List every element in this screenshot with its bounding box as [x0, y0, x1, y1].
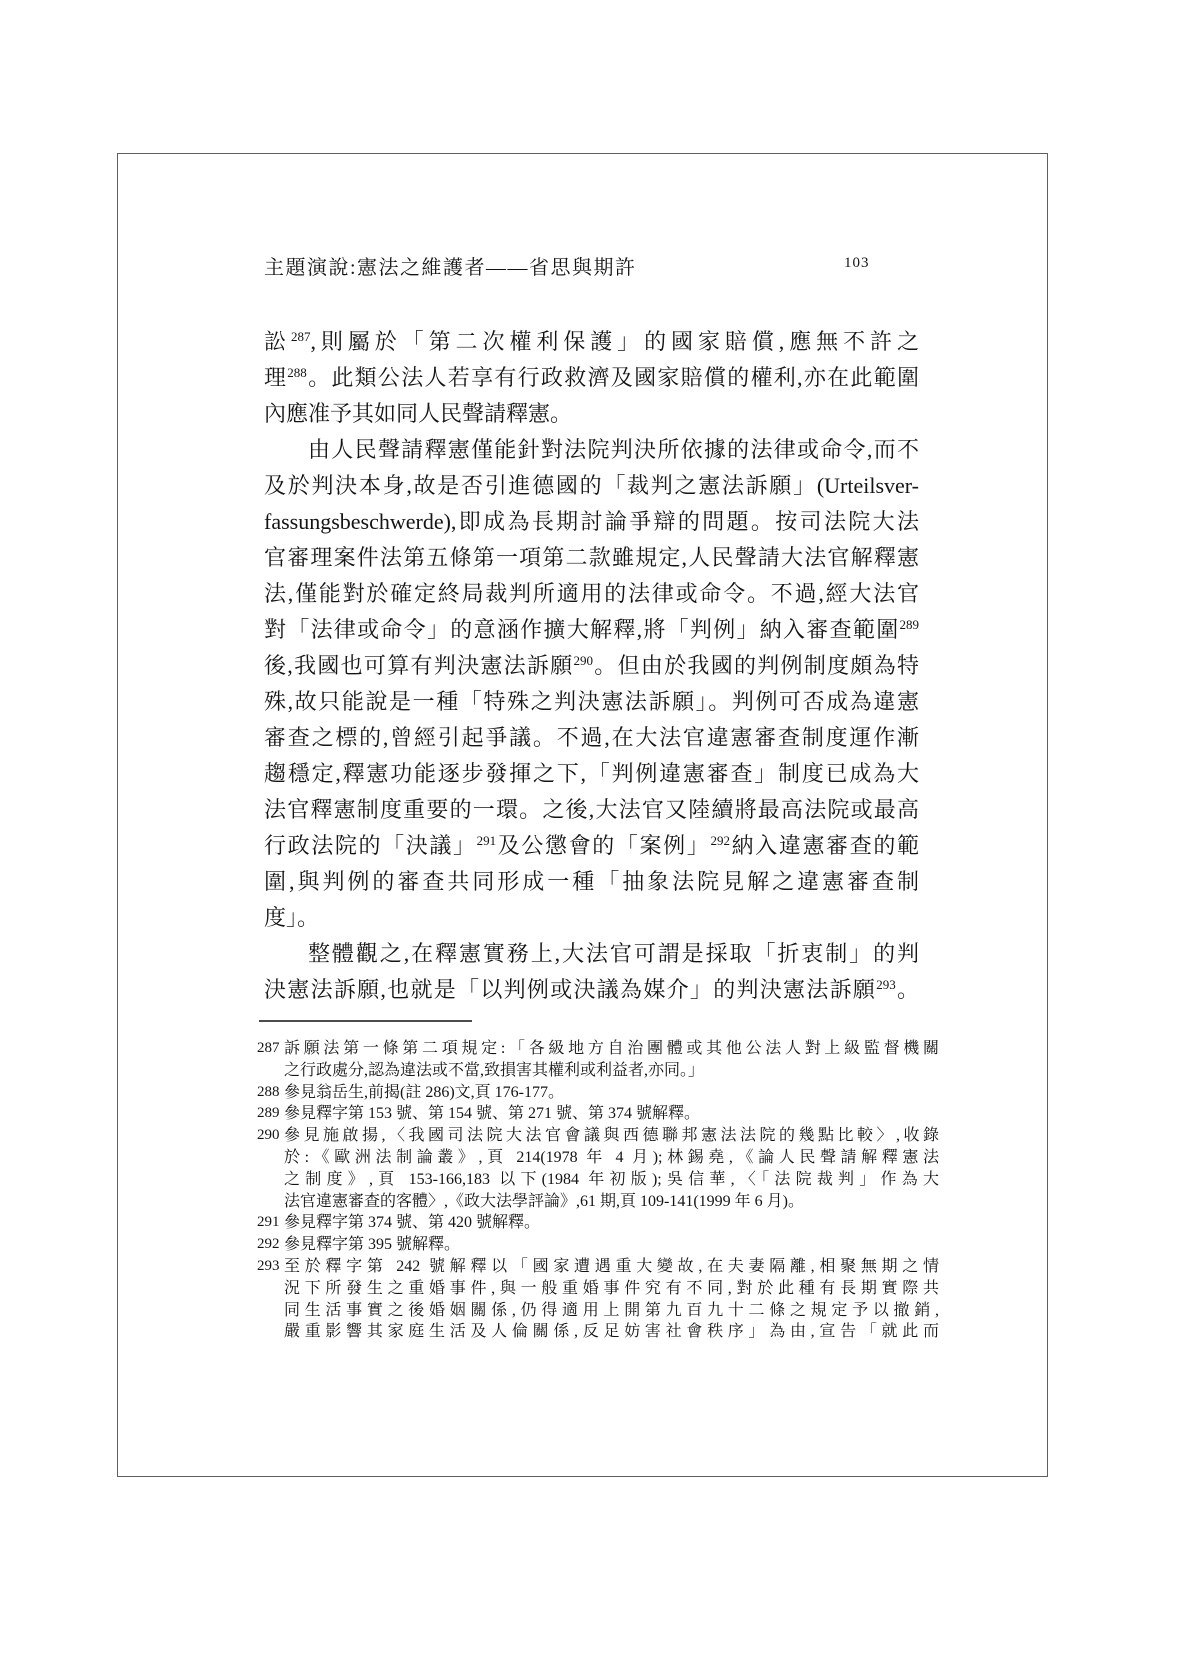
- footnote-line: 況下所發生之重婚事件,與一般重婚事件究有不同,對於此種有長期實際共: [284, 1278, 939, 1300]
- body-line: 對「法律或命令」的意涵作擴大解釋,將「判例」納入審查範圍289: [264, 612, 919, 648]
- footnote: 289參見釋字第 153 號、第 154 號、第 271 號、第 374 號解釋…: [257, 1103, 947, 1125]
- footnote-line: 之行政處分,認為違法或不當,致損害其權利或利益者,亦同。」: [284, 1060, 939, 1082]
- body-line: 及於判決本身,故是否引進德國的「裁判之憲法訴願」(Urteilsver-: [264, 468, 919, 504]
- footnote: 290參見施啟揚,〈我國司法院大法官會議與西德聯邦憲法法院的幾點比較〉,收錄於:…: [257, 1125, 947, 1212]
- body-line: 法官釋憲制度重要的一環。之後,大法官又陸續將最高法院或最高: [264, 792, 919, 828]
- body-line: 度」。: [264, 900, 919, 936]
- footnote-text: 參見釋字第 374 號、第 420 號解釋。: [284, 1212, 939, 1234]
- footnote-ref: 291: [477, 833, 497, 848]
- footnote-line: 參見翁岳生,前揭(註 286)文,頁 176-177。: [284, 1082, 939, 1104]
- footnote-ref: 287: [291, 329, 311, 344]
- footnote-line: 參見釋字第 395 號解釋。: [284, 1234, 939, 1256]
- footnote-line: 參見釋字第 374 號、第 420 號解釋。: [284, 1212, 939, 1234]
- footnote-line: 參見釋字第 153 號、第 154 號、第 271 號、第 374 號解釋。: [284, 1103, 939, 1125]
- body-line: 由人民聲請釋憲僅能針對法院判決所依據的法律或命令,而不: [264, 432, 919, 468]
- footnote-text: 參見施啟揚,〈我國司法院大法官會議與西德聯邦憲法法院的幾點比較〉,收錄於:《歐洲…: [284, 1125, 939, 1212]
- footnote: 287訴願法第一條第二項規定:「各級地方自治團體或其他公法人對上級監督機關之行政…: [257, 1038, 947, 1082]
- footnote-ref: 288: [287, 365, 307, 380]
- footnote: 288參見翁岳生,前揭(註 286)文,頁 176-177。: [257, 1082, 947, 1104]
- footnote-text: 訴願法第一條第二項規定:「各級地方自治團體或其他公法人對上級監督機關之行政處分,…: [284, 1038, 939, 1082]
- footnote-ref: 292: [710, 833, 730, 848]
- footnote: 291參見釋字第 374 號、第 420 號解釋。: [257, 1212, 947, 1234]
- footnote-number: 292: [257, 1234, 280, 1256]
- footnote-text: 參見釋字第 153 號、第 154 號、第 271 號、第 374 號解釋。: [284, 1103, 939, 1125]
- footnote-line: 之制度》,頁 153-166,183 以下(1984 年初版);吳信華,〈「法院…: [284, 1169, 939, 1191]
- footnote-line: 同生活事實之後婚姻關係,仍得適用上開第九百九十二條之規定予以撤銷,: [284, 1300, 939, 1322]
- page-sheet: 主題演說:憲法之維護者——省思與期許 103 訟287,則屬於「第二次權利保護」…: [117, 153, 1048, 1477]
- body-line: 後,我國也可算有判決憲法訴願290。但由於我國的判例制度頗為特: [264, 648, 919, 684]
- footnote-line: 參見施啟揚,〈我國司法院大法官會議與西德聯邦憲法法院的幾點比較〉,收錄: [284, 1125, 939, 1147]
- body-line: 圍,與判例的審查共同形成一種「抽象法院見解之違憲審查制: [264, 864, 919, 900]
- footnote-line: 至於釋字第 242 號解釋以「國家遭遇重大變故,在夫妻隔離,相聚無期之情: [284, 1256, 939, 1278]
- footnote-text: 至於釋字第 242 號解釋以「國家遭遇重大變故,在夫妻隔離,相聚無期之情況下所發…: [284, 1256, 939, 1343]
- body-line: 理288。此類公法人若享有行政救濟及國家賠償的權利,亦在此範圍: [264, 360, 919, 396]
- body-line: 決憲法訴願,也就是「以判例或決議為媒介」的判決憲法訴願293。: [264, 972, 919, 1008]
- footnote-number: 288: [257, 1082, 280, 1104]
- body-line: 內應准予其如同人民聲請釋憲。: [264, 396, 919, 432]
- footnote-text: 參見釋字第 395 號解釋。: [284, 1234, 939, 1256]
- body-line: 官審理案件法第五條第一項第二款雖規定,人民聲請大法官解釋憲: [264, 540, 919, 576]
- footnote: 292參見釋字第 395 號解釋。: [257, 1234, 947, 1256]
- body-line: 法,僅能對於確定終局裁判所適用的法律或命令。不過,經大法官: [264, 576, 919, 612]
- body-line: 行政法院的「決議」291及公懲會的「案例」292納入違憲審查的範: [264, 828, 919, 864]
- footnote-line: 嚴重影響其家庭生活及人倫關係,反足妨害社會秩序」為由,宣告「就此而: [284, 1321, 939, 1343]
- body-line: 審查之標的,曾經引起爭議。不過,在大法官違憲審查制度運作漸: [264, 720, 919, 756]
- footnote-text: 參見翁岳生,前揭(註 286)文,頁 176-177。: [284, 1082, 939, 1104]
- body-line: 整體觀之,在釋憲實務上,大法官可謂是採取「折衷制」的判: [264, 936, 919, 972]
- body-text: 訟287,則屬於「第二次權利保護」的國家賠償,應無不許之理288。此類公法人若享…: [264, 324, 919, 1008]
- footnote-number: 290: [257, 1125, 280, 1147]
- footnote-number: 293: [257, 1256, 280, 1278]
- footnote-ref: 289: [900, 617, 920, 632]
- footnote-ref: 290: [574, 653, 594, 668]
- footnote-line: 訴願法第一條第二項規定:「各級地方自治團體或其他公法人對上級監督機關: [284, 1038, 939, 1060]
- footnote-number: 287: [257, 1038, 280, 1060]
- body-line: 殊,故只能說是一種「特殊之判決憲法訴願」。判例可否成為違憲: [264, 684, 919, 720]
- page-number: 103: [844, 255, 870, 272]
- running-header-title: 主題演說:憲法之維護者——省思與期許: [264, 251, 824, 280]
- footnotes: 287訴願法第一條第二項規定:「各級地方自治團體或其他公法人對上級監督機關之行政…: [257, 1038, 947, 1343]
- footnote-line: 法官違憲審查的客體〉,《政大法學評論》,61 期,頁 109-141(1999 …: [284, 1191, 939, 1213]
- footnote-ref: 293: [876, 977, 896, 992]
- footnote-line: 於:《歐洲法制論叢》,頁 214(1978 年 4 月);林錫堯,《論人民聲請解…: [284, 1147, 939, 1169]
- body-line: 訟287,則屬於「第二次權利保護」的國家賠償,應無不許之: [264, 324, 919, 360]
- body-line: fassungsbeschwerde),即成為長期討論爭辯的問題。按司法院大法: [264, 504, 919, 540]
- body-line: 趨穩定,釋憲功能逐步發揮之下,「判例違憲審查」制度已成為大: [264, 756, 919, 792]
- document-page-background: { "colors": { "paper": "#ffffff", "text"…: [0, 0, 1177, 1664]
- footnote-separator-rule: [259, 1020, 472, 1022]
- footnote-number: 289: [257, 1103, 280, 1125]
- footnote-number: 291: [257, 1212, 280, 1234]
- footnote: 293至於釋字第 242 號解釋以「國家遭遇重大變故,在夫妻隔離,相聚無期之情況…: [257, 1256, 947, 1343]
